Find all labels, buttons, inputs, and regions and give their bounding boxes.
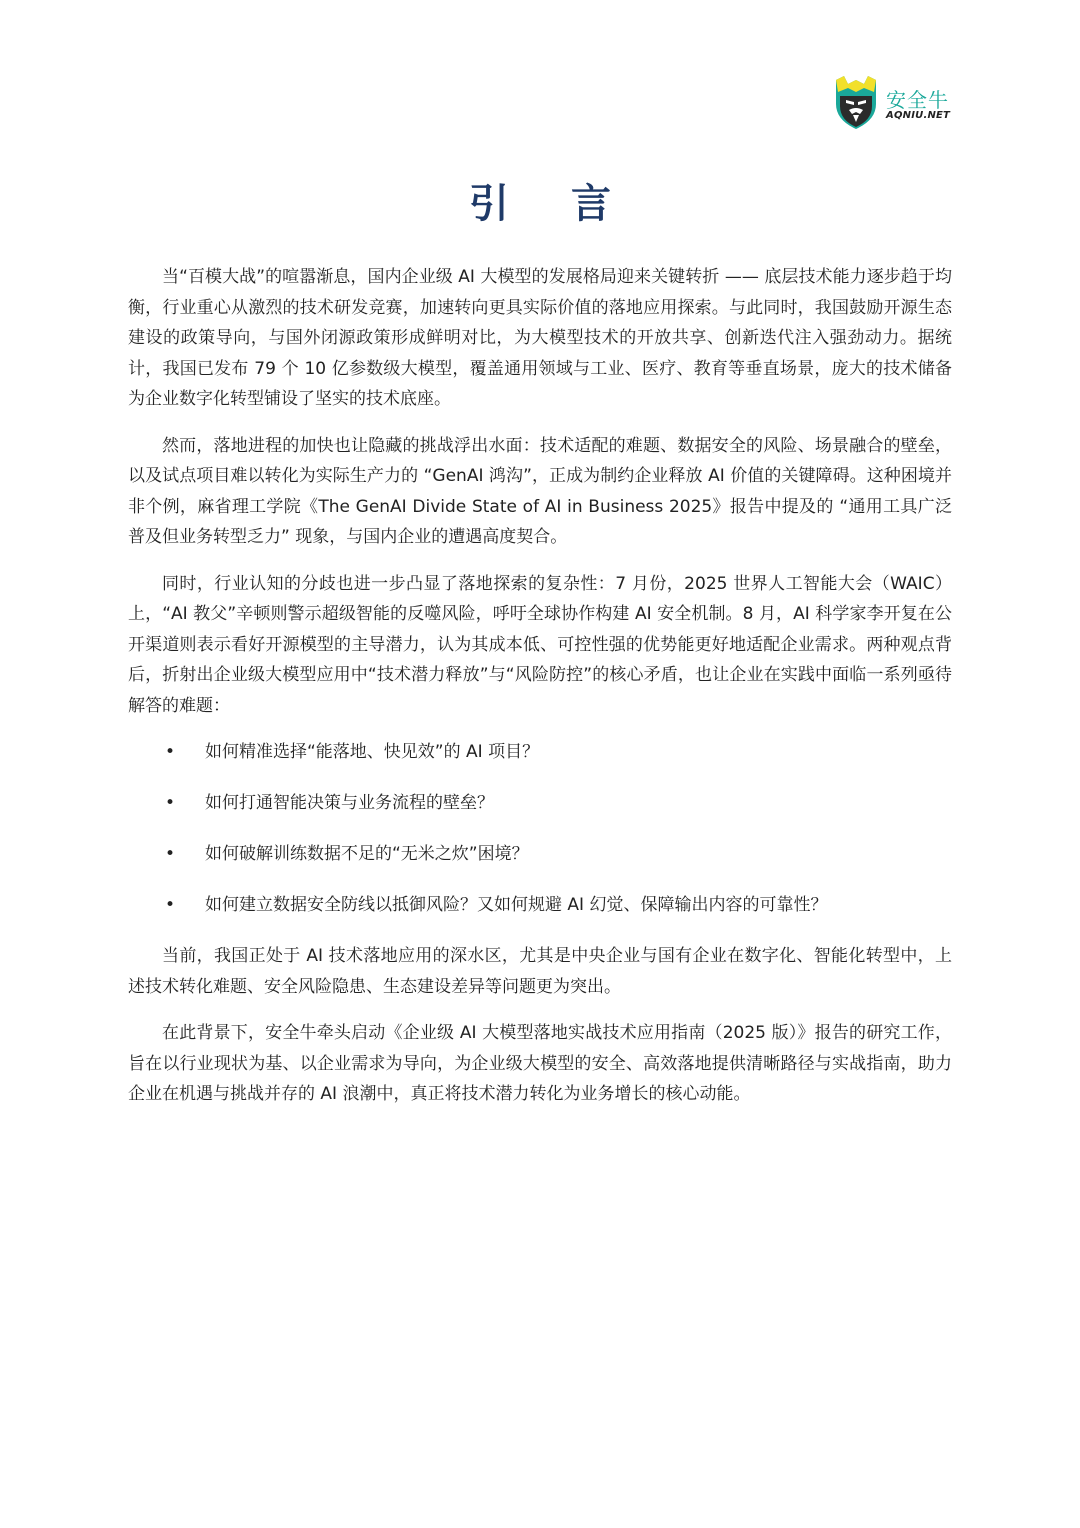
shield-warrior-icon [834, 74, 878, 130]
paragraph-background: 在此背景下，安全牛牵头启动《企业级 AI 大模型落地实战技术应用指南（2025 … [128, 1018, 952, 1110]
brand-logo: 安全牛 AQNIU.NET [834, 74, 954, 130]
list-item: • 如何打通智能决策与业务流程的壁垒？ [128, 788, 952, 818]
bullet-icon: • [165, 839, 175, 869]
bullet-icon: • [165, 737, 175, 767]
bullet-icon: • [165, 788, 175, 818]
list-item: • 如何精准选择“能落地、快见效”的 AI 项目？ [128, 737, 952, 767]
list-item-text: 如何建立数据安全防线以抵御风险？又如何规避 AI 幻觉、保障输出内容的可靠性？ [205, 895, 827, 915]
paragraph-current-state: 当前，我国正处于 AI 技术落地应用的深水区，尤其是中央企业与国有企业在数字化、… [128, 941, 952, 1002]
list-item-text: 如何破解训练数据不足的“无米之炊”困境？ [205, 844, 529, 864]
logo-domain-text: AQNIU.NET [886, 110, 950, 121]
list-item: • 如何建立数据安全防线以抵御风险？又如何规避 AI 幻觉、保障输出内容的可靠性… [128, 890, 952, 920]
page-title: 引 言 [0, 172, 1080, 229]
paragraph-divergence: 同时，行业认知的分歧也进一步凸显了落地探索的复杂性：7 月份，2025 世界人工… [128, 569, 952, 722]
paragraph-challenges: 然而，落地进程的加快也让隐藏的挑战浮出水面：技术适配的难题、数据安全的风险、场景… [128, 431, 952, 553]
paragraph-intro: 当“百模大战”的喧嚣渐息，国内企业级 AI 大模型的发展格局迎来关键转折 —— … [128, 262, 952, 415]
list-item-text: 如何精准选择“能落地、快见效”的 AI 项目？ [205, 742, 539, 762]
bullet-icon: • [165, 890, 175, 920]
list-item-text: 如何打通智能决策与业务流程的壁垒？ [205, 793, 494, 813]
list-item: • 如何破解训练数据不足的“无米之炊”困境？ [128, 839, 952, 869]
document-body: 当“百模大战”的喧嚣渐息，国内企业级 AI 大模型的发展格局迎来关键转折 —— … [128, 262, 952, 1126]
logo-chinese-name: 安全牛 [886, 84, 949, 113]
question-list: • 如何精准选择“能落地、快见效”的 AI 项目？ • 如何打通智能决策与业务流… [128, 737, 952, 920]
